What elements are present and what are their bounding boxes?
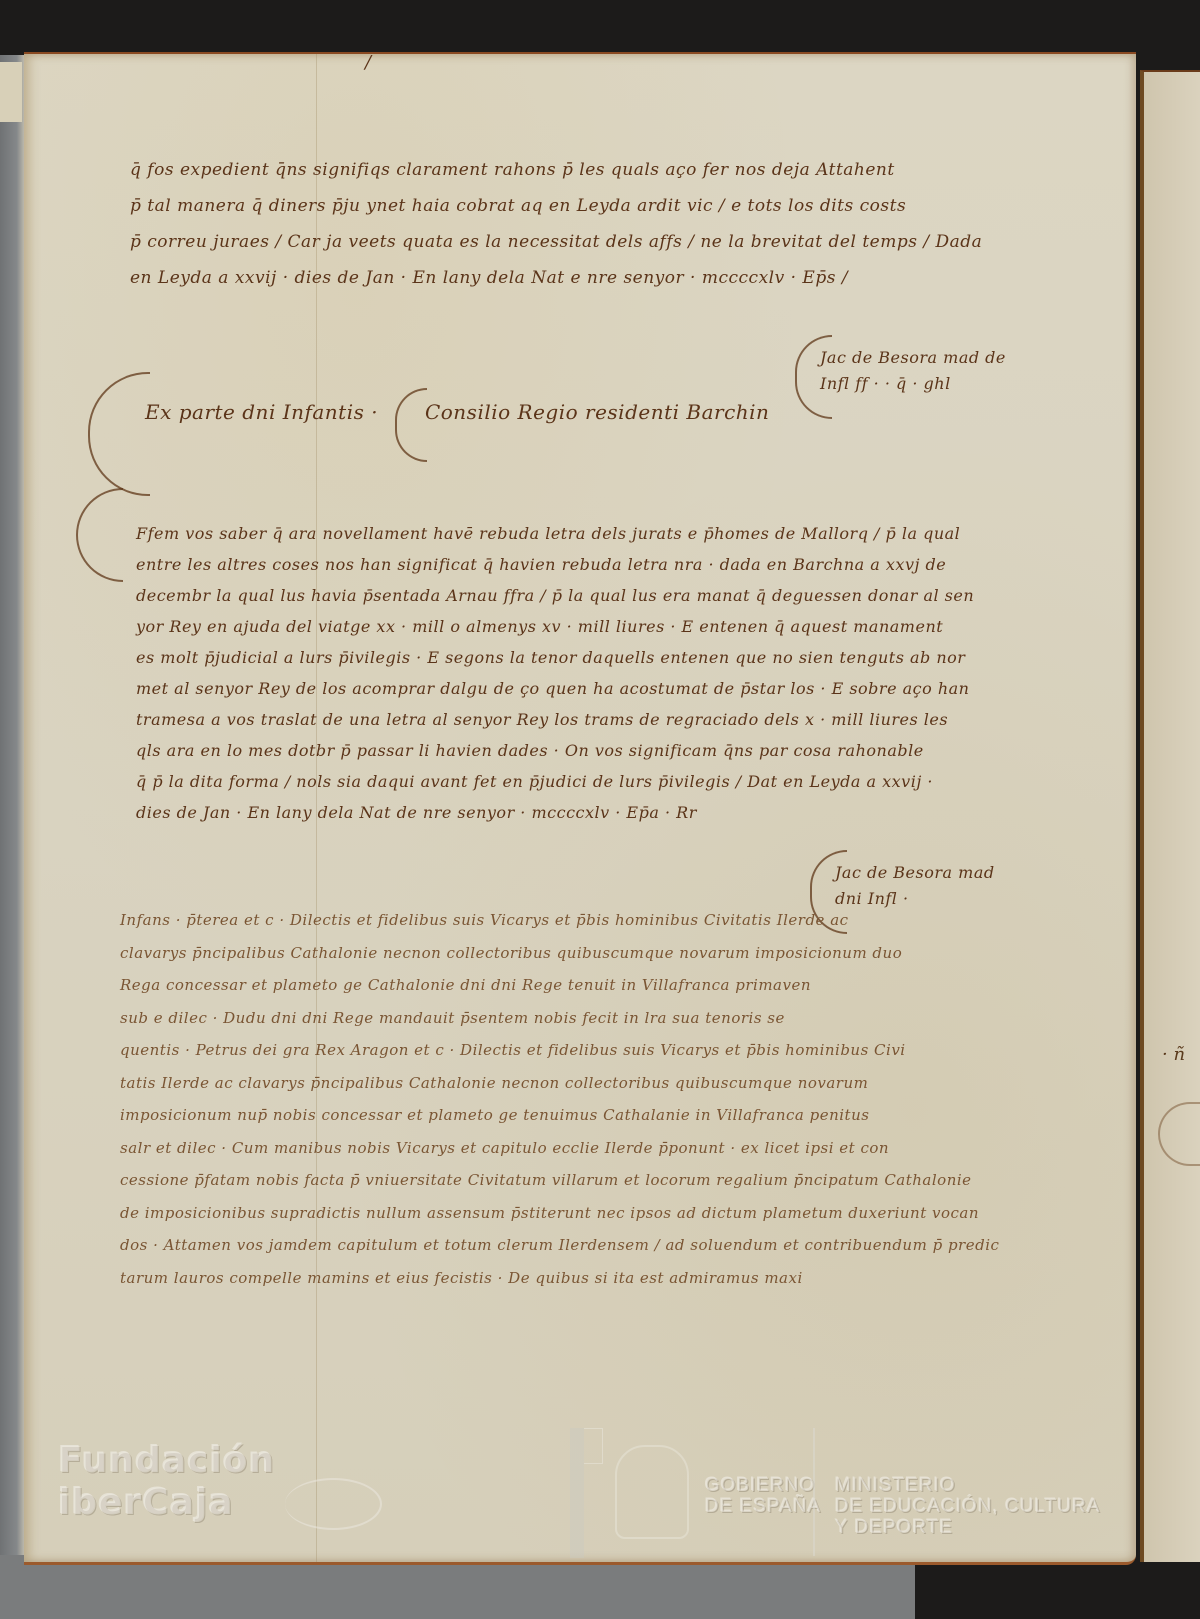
text-line: dies de Jan · En lany dela Nat de nre se… xyxy=(136,797,974,828)
previous-leaf-edge xyxy=(0,62,22,122)
next-leaf-edge: · ñ xyxy=(1140,70,1200,1562)
watermark-text: DE EDUCACIÓN, CULTURA xyxy=(835,1496,1101,1517)
address-sender: Ex parte dni Infantis · xyxy=(145,400,378,424)
gobierno-espana-watermark: GOBIERNO DE ESPAÑA xyxy=(705,1475,821,1517)
ibercaja-logo-icon xyxy=(285,1478,382,1530)
watermark-text: iberCaja xyxy=(58,1482,275,1524)
address-line: Ex parte dni Infantis · Consilio Regio r… xyxy=(145,400,809,424)
signature-block-1: Jac de Besora mad de Infl ff · · q̄ · gh… xyxy=(820,345,1006,397)
text-line: q̄ fos expedient q̄ns signifiqs claramen… xyxy=(130,152,982,188)
text-line: sub e dilec · Dudu dni dni Rege mandauit… xyxy=(120,1002,999,1035)
text-line: entre les altres coses nos han significa… xyxy=(136,549,974,580)
page-marker: / xyxy=(365,52,372,73)
signature-line: Jac de Besora mad xyxy=(835,860,995,886)
ministerio-watermark: MINISTERIO DE EDUCACIÓN, CULTURA Y DEPOR… xyxy=(835,1475,1101,1538)
signature-line: Jac de Besora mad de xyxy=(820,345,1006,371)
flag-outline-icon xyxy=(584,1428,603,1464)
text-line: q̄ p̄ la dita forma / nols sia daqui ava… xyxy=(136,766,974,797)
text-line: Ffem vos saber q̄ ara novellament havē r… xyxy=(136,518,974,549)
text-block-1: q̄ fos expedient q̄ns signifiqs claramen… xyxy=(130,152,982,296)
text-line: imposicionum nup̄ nobis concessar et pla… xyxy=(120,1099,999,1132)
text-line: p̄ correu juraes / Car ja veets quata es… xyxy=(130,224,982,260)
text-line: qls ara en lo mes dotbr p̄ passar li hav… xyxy=(136,735,974,766)
text-block-3: Infans · p̄terea et c · Dilectis et fide… xyxy=(120,904,999,1294)
watermark-text: DE ESPAÑA xyxy=(705,1496,821,1517)
text-line: tarum lauros compelle mamins et eius fec… xyxy=(120,1262,999,1295)
text-line: cessione p̄fatam nobis facta p̄ vniuersi… xyxy=(120,1164,999,1197)
next-leaf-text: · ñ xyxy=(1162,1044,1185,1065)
watermark-text: MINISTERIO xyxy=(835,1475,1101,1496)
text-line: tramesa a vos traslat de una letra al se… xyxy=(136,704,974,735)
text-line: quentis · Petrus dei gra Rex Aragon et c… xyxy=(120,1034,999,1067)
text-line: en Leyda a xxvij · dies de Jan · En lany… xyxy=(130,260,982,296)
spain-flag-icon xyxy=(570,1428,584,1558)
text-line: Infans · p̄terea et c · Dilectis et fide… xyxy=(120,904,999,937)
text-line: yor Rey en ajuda del viatge xx · mill o … xyxy=(136,611,974,642)
text-line: decembr la qual lus havia p̄sentada Arna… xyxy=(136,580,974,611)
text-line: dos · Attamen vos jamdem capitulum et to… xyxy=(120,1229,999,1262)
watermark-text: Y DEPORTE xyxy=(835,1517,1101,1538)
spain-coat-of-arms-icon xyxy=(615,1445,689,1539)
text-line: p̄ tal manera q̄ diners p̄ju ynet haia c… xyxy=(130,188,982,224)
text-line: de imposicionibus supradictis nullum ass… xyxy=(120,1197,999,1230)
text-line: salr et dilec · Cum manibus nobis Vicary… xyxy=(120,1132,999,1165)
text-line: clavarys p̄ncipalibus Cathalonie necnon … xyxy=(120,937,999,970)
text-block-2: Ffem vos saber q̄ ara novellament havē r… xyxy=(136,518,974,828)
signature-line: Infl ff · · q̄ · ghl xyxy=(820,371,1006,397)
watermark-text: Fundación xyxy=(58,1440,275,1482)
fundacion-ibercaja-watermark: Fundación iberCaja xyxy=(58,1440,275,1524)
text-line: tatis Ilerde ac clavarys p̄ncipalibus Ca… xyxy=(120,1067,999,1100)
text-line: met al senyor Rey de los acomprar dalgu … xyxy=(136,673,974,704)
text-line: Rega concessar et plameto ge Cathalonie … xyxy=(120,969,999,1002)
watermark-divider xyxy=(813,1428,815,1556)
text-line: es molt p̄judicial a lurs p̄ivilegis · E… xyxy=(136,642,974,673)
next-leaf-flourish xyxy=(1158,1102,1200,1166)
address-recipient: Consilio Regio residenti Barchin xyxy=(425,400,769,424)
watermark-text: GOBIERNO xyxy=(705,1475,821,1496)
